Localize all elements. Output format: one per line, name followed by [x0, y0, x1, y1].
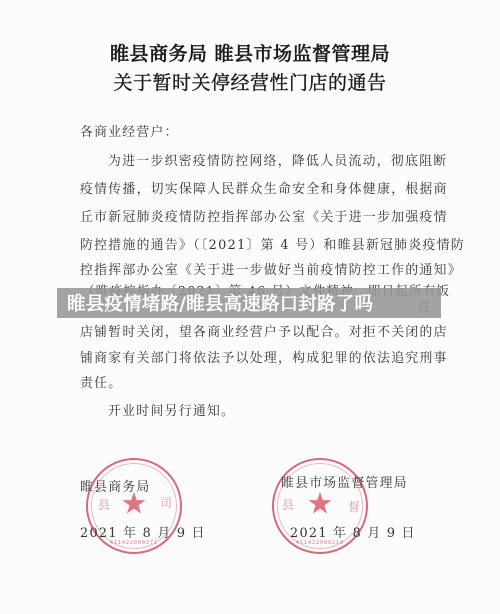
paragraph-line: 疫情传播，切实保障人民群众生命安全和身体健康，根据商 [80, 178, 430, 197]
paragraph-line: 丘市新冠肺炎疫情防控指挥部办公室《关于进一步加强疫情 [80, 206, 430, 225]
seal-arc-text: 督 [348, 498, 360, 515]
document-title: 睢县商务局 睢县市场监督管理局 关于暂时关停经营性门店的通告 [0, 40, 500, 98]
signature-org: 睢县市场监督管理局 [281, 472, 408, 491]
paragraph-line: 铺商家有关部门将依法予以处理，构成犯罪的依法追究刑事 [80, 347, 430, 366]
title-subject: 关于暂时关停经营性门店的通告 [0, 69, 500, 98]
signature-date: 2021 年 8 月 9 日 [290, 522, 416, 541]
paragraph-line: 店铺暂时关闭，望各商业经营户予以配合。对拒不关闭的店 [80, 321, 430, 340]
paragraph-line: 防控措施的通告》（〔2021〕第 4 号）和睢县新冠肺炎疫情防 [80, 234, 430, 253]
signature-org: 睢县商务局 [80, 476, 150, 495]
signature-date: 2021 年 8 月 9 日 [80, 522, 206, 541]
caption-text: 睢县疫情堵路/睢县高速路口封路了吗 [67, 290, 373, 316]
paragraph-line: 控指挥部办公室《关于进一步做好当前疫情防控工作的通知》 [80, 259, 430, 278]
seal-arc-text: 司 [160, 494, 172, 511]
seal-arc-text: 县 [282, 496, 294, 513]
document-page: 睢县商务局 睢县市场监督管理局 关于暂时关停经营性门店的通告 各商业经营户： 为… [0, 0, 500, 614]
seal-arc-text: 县 [98, 496, 110, 513]
caption-overlay: 睢县疫情堵路/睢县高速路口封路了吗 [57, 288, 441, 318]
title-issuers: 睢县商务局 睢县市场监督管理局 [0, 40, 500, 69]
closing-note: 开业时间另行通知。 [108, 400, 458, 419]
salutation: 各商业经营户： [80, 121, 425, 140]
star-icon: ★ [307, 490, 334, 520]
paragraph-line: 为进一步织密疫情防控网络，降低人员流动，彻底阻断 [108, 150, 458, 169]
paragraph-line: 责任。 [80, 372, 430, 391]
